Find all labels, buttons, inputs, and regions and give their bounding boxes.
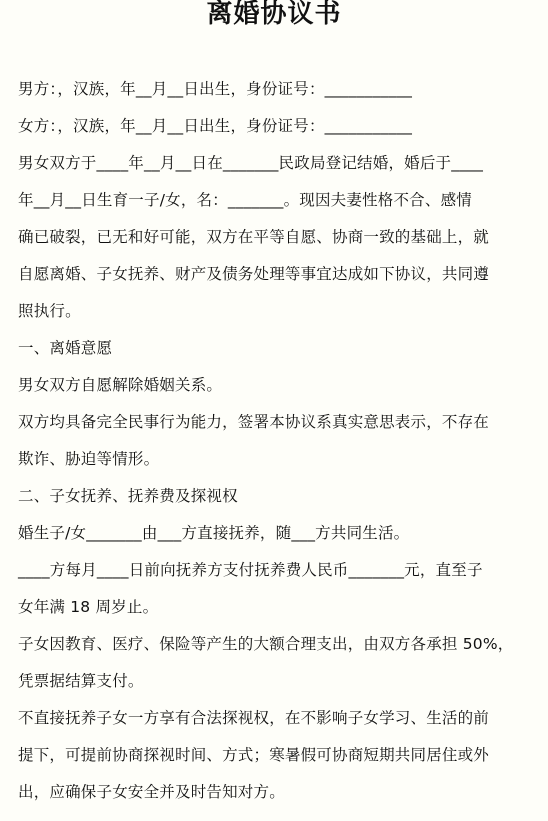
clause-line: 提下，可提前协商探视时间、方式；寒暑假可协商短期共同居住或外: [18, 737, 518, 774]
male-party-info: 男方：，汉族，年__月__日出生，身份证号：___________: [18, 71, 518, 108]
clause-line: 婚生子/女_______由___方直接抚养，随___方共同生活。: [18, 515, 518, 552]
clause-line: 欺诈、胁迫等情形。: [18, 441, 518, 478]
preamble-line: 自愿离婚、子女抚养、财产及债务处理等事宜达成如下协议，共同遵: [18, 256, 518, 293]
preamble-line: 确已破裂，已无和好可能，双方在平等自愿、协商一致的基础上，就: [18, 219, 518, 256]
section-heading-child-custody: 二、子女抚养、抚养费及探视权: [18, 478, 518, 515]
female-party-info: 女方：，汉族，年__月__日出生，身份证号：___________: [18, 108, 518, 145]
clause-line: 男女双方自愿解除婚姻关系。: [18, 367, 518, 404]
clause-line: ____方每月____日前向抚养方支付抚养费人民币_______元，直至子: [18, 552, 518, 589]
clause-line: 凭票据结算支付。: [18, 663, 518, 700]
document-page: 离婚协议书 男方：，汉族，年__月__日出生，身份证号：___________ …: [0, 0, 548, 821]
section-heading-divorce-intent: 一、离婚意愿: [18, 330, 518, 367]
clause-line: 双方均具备完全民事行为能力，签署本协议系真实意思表示，不存在: [18, 404, 518, 441]
clause-line: 不直接抚养子女一方享有合法探视权，在不影响子女学习、生活的前: [18, 700, 518, 737]
document-title: 离婚协议书: [0, 0, 548, 31]
document-body: 男方：，汉族，年__月__日出生，身份证号：___________ 女方：，汉族…: [18, 71, 518, 811]
preamble-line: 年__月__日生育一子/女，名：_______。现因夫妻性格不合、感情: [18, 182, 518, 219]
preamble-line: 男女双方于____年__月__日在_______民政局登记结婚，婚后于____: [18, 145, 518, 182]
clause-line: 子女因教育、医疗、保险等产生的大额合理支出，由双方各承担 50%，: [18, 626, 518, 663]
preamble-line: 照执行。: [18, 293, 518, 330]
clause-line: 女年满 18 周岁止。: [18, 589, 518, 626]
clause-line: 出，应确保子女安全并及时告知对方。: [18, 774, 518, 811]
